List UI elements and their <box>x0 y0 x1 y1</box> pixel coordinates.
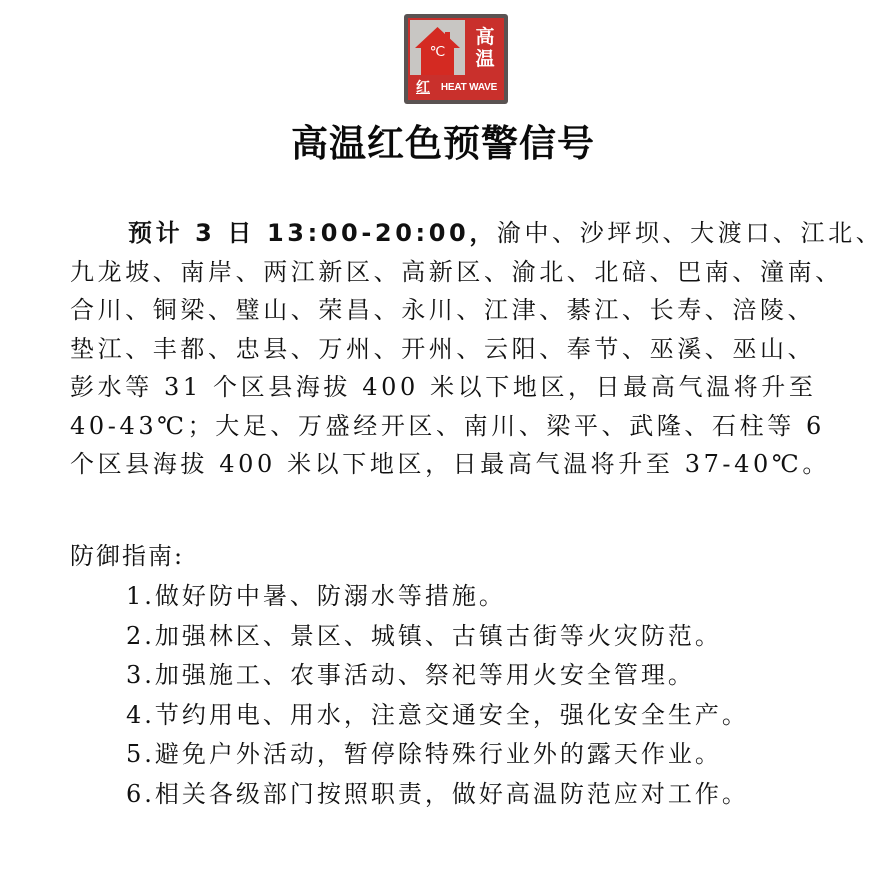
forecast-line-2: 九龙坡、南岸、两江新区、高新区、渝北、北碚、巴南、潼南、 <box>70 253 830 292</box>
guide-item: 2.加强林区、景区、城镇、古镇古街等火灾防范。 <box>126 617 749 657</box>
guide-item: 6.相关各级部门按照职责，做好高温防范应对工作。 <box>126 775 749 815</box>
forecast-line-1-text: 渝中、沙坪坝、大渡口、江北、 <box>497 219 883 247</box>
badge-english-label: HEAT WAVE <box>434 82 504 93</box>
guide-item: 3.加强施工、农事活动、祭祀等用火安全管理。 <box>126 656 749 696</box>
heat-wave-red-warning-badge: ℃ 高 温 红 HEAT WAVE <box>404 14 508 104</box>
forecast-line-4: 垫江、丰都、忠县、万州、开州、云阳、奉节、巫溪、巫山、 <box>70 330 830 369</box>
forecast-lead: 预计 3 日 13:00-20:00， <box>128 219 497 247</box>
forecast-line-3: 合川、铜梁、璧山、荣昌、永川、江津、綦江、长寿、涪陵、 <box>70 291 830 330</box>
badge-side-label: 高 温 <box>468 20 502 75</box>
badge-bottom-strip: 红 HEAT WAVE <box>408 76 504 98</box>
forecast-line-7: 个区县海拔 400 米以下地区，日最高气温将升至 37-40℃。 <box>70 445 830 484</box>
badge-side-char-1: 高 <box>475 26 494 48</box>
guide-item: 1.做好防中暑、防溺水等措施。 <box>126 577 749 617</box>
forecast-line-1: 预计 3 日 13:00-20:00，渝中、沙坪坝、大渡口、江北、 <box>70 214 830 253</box>
forecast-paragraph: 预计 3 日 13:00-20:00，渝中、沙坪坝、大渡口、江北、 九龙坡、南岸… <box>70 214 830 484</box>
page-title: 高温红色预警信号 <box>0 118 886 170</box>
guide-item: 4.节约用电、用水，注意交通安全，强化安全生产。 <box>126 696 749 736</box>
celsius-icon: ℃ <box>410 46 465 60</box>
guide-heading: 防御指南: <box>70 537 184 575</box>
guide-list: 1.做好防中暑、防溺水等措施。 2.加强林区、景区、城镇、古镇古街等火灾防范。 … <box>126 577 749 814</box>
forecast-line-6: 40-43℃；大足、万盛经开区、南川、梁平、武隆、石柱等 6 <box>70 407 830 446</box>
badge-house-panel: ℃ <box>410 20 465 75</box>
badge-side-char-2: 温 <box>475 48 494 70</box>
badge-body: ℃ 高 温 红 HEAT WAVE <box>408 18 504 100</box>
guide-item: 5.避免户外活动，暂停除特殊行业外的露天作业。 <box>126 735 749 775</box>
badge-level-label: 红 <box>412 77 434 97</box>
forecast-line-5: 彭水等 31 个区县海拔 400 米以下地区，日最高气温将升至 <box>70 368 830 407</box>
